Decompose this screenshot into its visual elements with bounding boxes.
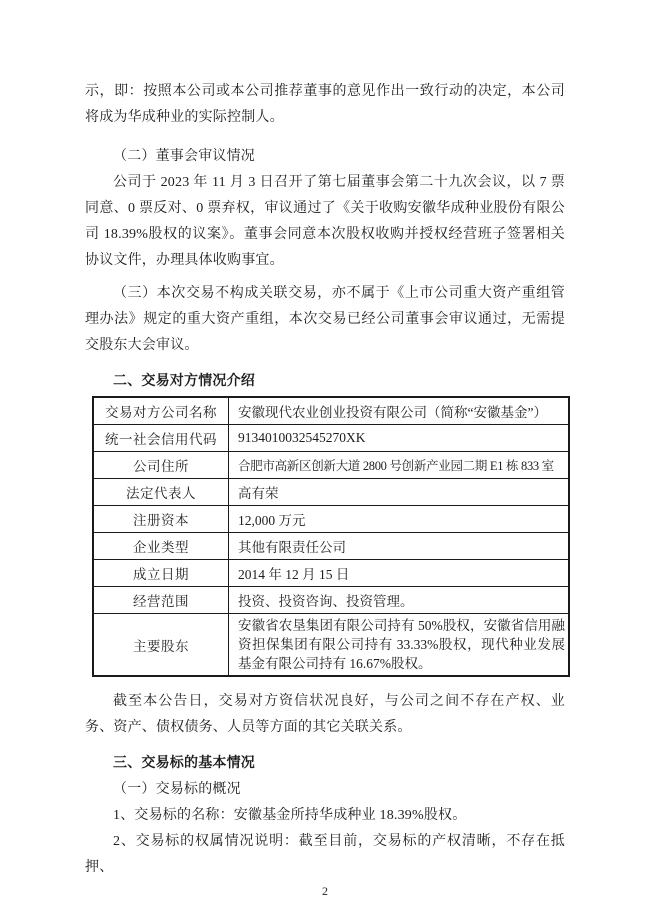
table-row-company-type: 企业类型 其他有限责任公司 xyxy=(93,533,569,560)
row-value: 安徽省农垦集团有限公司持有 50%股权，安徽省信用融资担保集团有限公司持有 33… xyxy=(229,614,570,677)
paragraph-not-related-transaction: （三）本次交易不构成关联交易，亦不属于《上市公司重大资产重组管理办法》规定的重大… xyxy=(85,281,565,359)
row-label: 成立日期 xyxy=(93,560,229,587)
row-label: 企业类型 xyxy=(93,533,229,560)
table-row-major-shareholders: 主要股东 安徽省农垦集团有限公司持有 50%股权，安徽省信用融资担保集团有限公司… xyxy=(93,614,569,677)
heading-board-review: （二）董事会审议情况 xyxy=(85,144,565,170)
row-label: 主要股东 xyxy=(93,614,229,677)
table-row-business-scope: 经营范围 投资、投资咨询、投资管理。 xyxy=(93,587,569,614)
table-row-registered-capital: 注册资本 12,000 万元 xyxy=(93,506,569,533)
document-page: 示，即：按照本公司或本公司推荐董事的意见作出一致行动的决定，本公司将成为华成种业… xyxy=(0,0,650,919)
paragraph-board-meeting: 公司于 2023 年 11 月 3 日召开了第七届董事会第二十九次会议，以 7 … xyxy=(85,170,565,274)
row-value: 2014 年 12 月 15 日 xyxy=(229,560,570,587)
row-value: 投资、投资咨询、投资管理。 xyxy=(229,587,570,614)
row-label: 交易对方公司名称 xyxy=(93,397,229,425)
table-row-company-name: 交易对方公司名称 安徽现代农业创业投资有限公司（简称“安徽基金”） xyxy=(93,397,569,425)
row-label: 公司住所 xyxy=(93,452,229,479)
row-label: 经营范围 xyxy=(93,587,229,614)
subheading-target-overview: （一）交易标的概况 xyxy=(85,777,565,803)
row-label: 注册资本 xyxy=(93,506,229,533)
paragraph-target-name: 1、交易标的名称：安徽基金所持华成种业 18.39%股权。 xyxy=(85,803,565,829)
section-heading-counterparty: 二、交易对方情况介绍 xyxy=(85,369,565,395)
row-value: 安徽现代农业创业投资有限公司（简称“安徽基金”） xyxy=(229,397,570,425)
paragraph-target-ownership: 2、交易标的权属情况说明：截至目前，交易标的产权清晰，不存在抵押、 xyxy=(85,829,565,881)
row-value: 其他有限责任公司 xyxy=(229,533,570,560)
paragraph-credit-status: 截至本公告日，交易对方资信状况良好，与公司之间不存在产权、业务、资产、债权债务、… xyxy=(85,689,565,741)
section-heading-target: 三、交易标的基本情况 xyxy=(85,751,565,777)
row-label: 统一社会信用代码 xyxy=(93,425,229,452)
table-row-establish-date: 成立日期 2014 年 12 月 15 日 xyxy=(93,560,569,587)
table-row-address: 公司住所 合肥市高新区创新大道 2800 号创新产业园二期 E1 栋 833 室 xyxy=(93,452,569,479)
document-content: 示，即：按照本公司或本公司推荐董事的意见作出一致行动的决定，本公司将成为华成种业… xyxy=(85,79,565,899)
page-number: 2 xyxy=(85,883,565,899)
row-value: 合肥市高新区创新大道 2800 号创新产业园二期 E1 栋 833 室 xyxy=(229,452,570,479)
paragraph-continuation: 示，即：按照本公司或本公司推荐董事的意见作出一致行动的决定，本公司将成为华成种业… xyxy=(85,79,565,131)
table-row-legal-representative: 法定代表人 高有荣 xyxy=(93,479,569,506)
row-value: 12,000 万元 xyxy=(229,506,570,533)
table-row-credit-code: 统一社会信用代码 9134010032545270XK xyxy=(93,425,569,452)
row-value: 9134010032545270XK xyxy=(229,425,570,452)
counterparty-table: 交易对方公司名称 安徽现代农业创业投资有限公司（简称“安徽基金”） 统一社会信用… xyxy=(92,396,570,677)
row-label: 法定代表人 xyxy=(93,479,229,506)
row-value: 高有荣 xyxy=(229,479,570,506)
